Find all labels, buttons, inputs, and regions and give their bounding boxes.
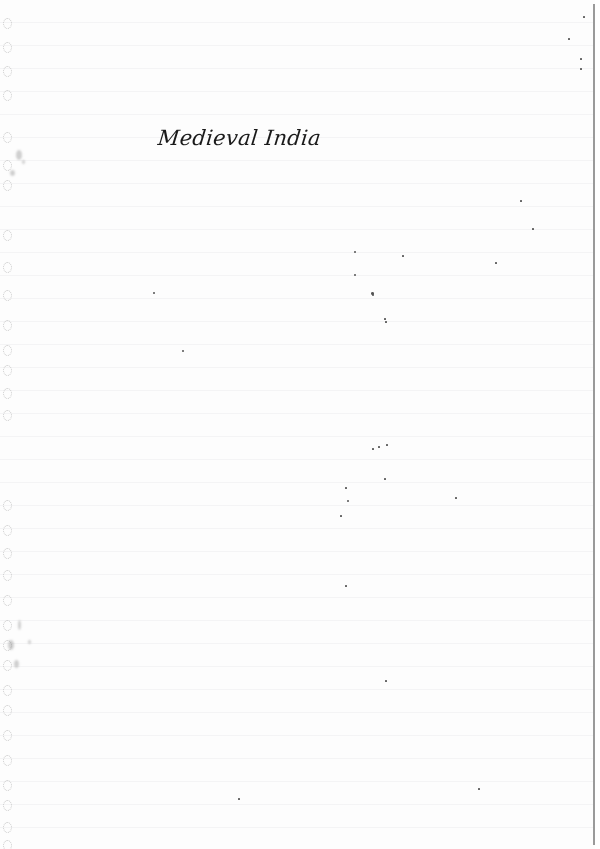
- binding-hole: [3, 660, 12, 671]
- scan-speck: [580, 68, 582, 70]
- binding-hole: [3, 90, 12, 101]
- binding-hole: [3, 548, 12, 559]
- scan-speck: [372, 294, 374, 296]
- scan-smudge: [28, 640, 31, 644]
- scan-speck: [402, 255, 404, 257]
- binding-hole: [3, 345, 12, 356]
- binding-hole: [3, 66, 12, 77]
- scan-speck: [495, 262, 497, 264]
- binding-hole: [3, 780, 12, 791]
- scan-speck: [340, 515, 342, 517]
- scan-speck: [345, 585, 347, 587]
- scan-smudge: [8, 640, 14, 650]
- scan-speck: [354, 274, 356, 276]
- scan-smudge: [10, 170, 15, 176]
- binding-hole: [3, 525, 12, 536]
- scan-speck: [378, 446, 380, 448]
- scan-speck: [384, 318, 386, 320]
- binding-hole: [3, 18, 12, 29]
- binding-hole: [3, 822, 12, 833]
- scan-speck: [580, 58, 582, 60]
- scan-speck: [583, 16, 585, 18]
- scan-speck: [384, 478, 386, 480]
- binding-hole: [3, 685, 12, 696]
- binding-hole: [3, 132, 12, 143]
- scan-smudge: [22, 160, 25, 164]
- binding-hole: [3, 705, 12, 716]
- scan-speck: [347, 500, 349, 502]
- binding-hole: [3, 570, 12, 581]
- scan-speck: [238, 798, 240, 800]
- scan-speck: [568, 38, 570, 40]
- binding-hole: [3, 388, 12, 399]
- scan-speck: [520, 200, 522, 202]
- scan-speck: [532, 228, 534, 230]
- binding-hole: [3, 730, 12, 741]
- binding-hole: [3, 365, 12, 376]
- scan-speck: [372, 448, 374, 450]
- scan-smudge: [14, 660, 19, 668]
- binding-hole: [3, 595, 12, 606]
- handwritten-title: Medieval India: [157, 126, 323, 150]
- binding-hole: [3, 180, 12, 191]
- scan-speck: [182, 350, 184, 352]
- binding-hole: [3, 500, 12, 511]
- binding-hole: [3, 755, 12, 766]
- scan-speck: [153, 292, 155, 294]
- binding-hole: [3, 410, 12, 421]
- scan-speck: [385, 321, 387, 323]
- scan-speck: [345, 487, 347, 489]
- scan-speck: [386, 444, 388, 446]
- binding-hole: [3, 320, 12, 331]
- scan-speck: [478, 788, 480, 790]
- binding-hole: [3, 42, 12, 53]
- binding-hole: [3, 262, 12, 273]
- spiral-binding-holes: [3, 0, 17, 849]
- scanned-page: Medieval India: [0, 0, 600, 849]
- binding-hole: [3, 800, 12, 811]
- binding-hole: [3, 230, 12, 241]
- scan-margin: [595, 0, 600, 849]
- binding-hole: [3, 290, 12, 301]
- scan-speck: [385, 680, 387, 682]
- scan-smudge: [16, 150, 22, 160]
- binding-hole: [3, 620, 12, 631]
- binding-hole: [3, 840, 12, 849]
- scan-speck: [455, 497, 457, 499]
- scan-smudge: [18, 620, 21, 630]
- scan-speck: [354, 251, 356, 253]
